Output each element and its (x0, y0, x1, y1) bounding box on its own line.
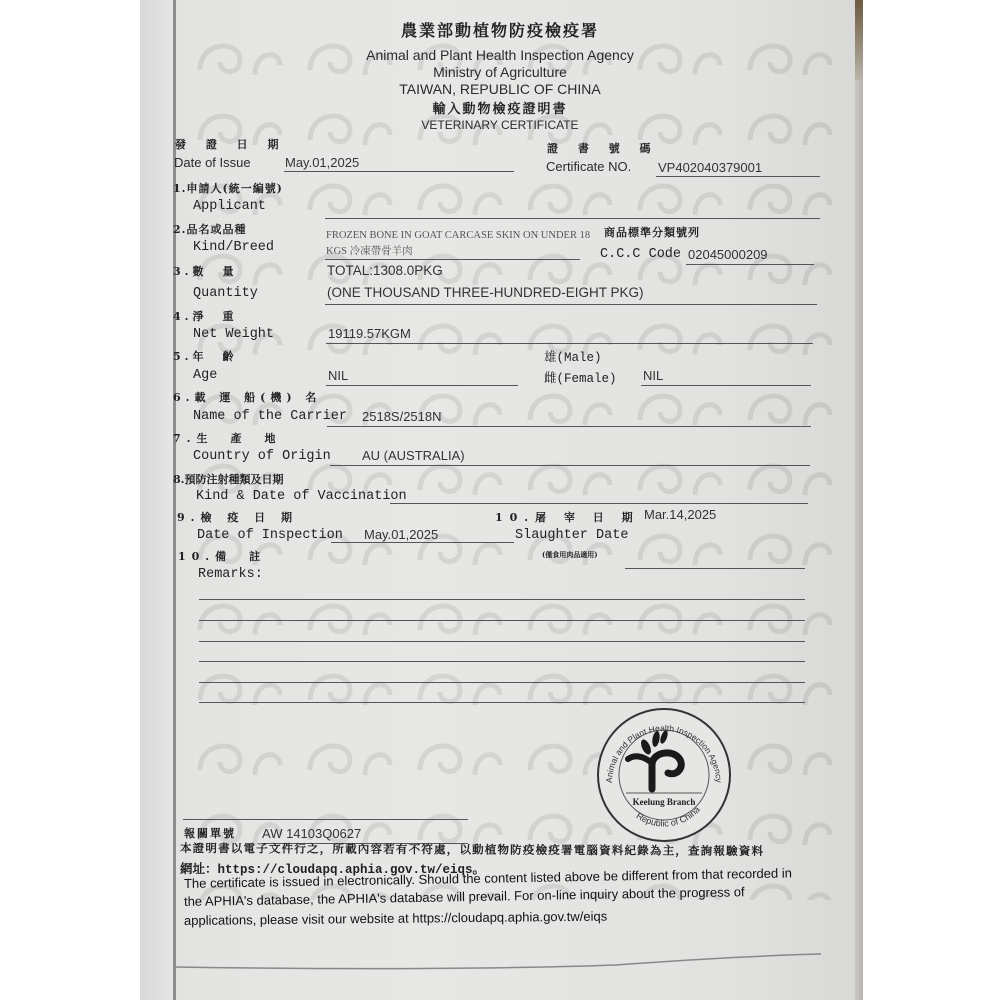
applicant-label-zh: 1.申請人(統一編號) (173, 180, 283, 196)
quantity-value-total: TOTAL:1308.0PKG (327, 263, 443, 278)
quantity-underline (325, 304, 817, 305)
age-value: NIL (328, 368, 348, 383)
sex-female-label: 雌(Female) (544, 368, 617, 386)
sex-value: NIL (643, 368, 663, 383)
remarks-line-1 (199, 599, 805, 600)
origin-value: AU (AUSTRALIA) (362, 448, 465, 463)
inspection-label-zh: 9.檢 疫 日 期 (177, 509, 298, 525)
origin-underline (330, 465, 810, 466)
declaration-top-line (183, 819, 468, 820)
carrier-label: Name of the Carrier (193, 409, 347, 424)
kind-label: Kind/Breed (193, 240, 274, 255)
cert-no-label-zh: 證 書 號 碼 (547, 140, 659, 156)
origin-label-zh: 7.生 產 地 (173, 430, 281, 446)
seal-branch-name: Keelung Branch (633, 797, 696, 807)
origin-label: Country of Origin (193, 449, 331, 464)
certificate-title-en: VETERINARY CERTIFICATE (340, 118, 660, 132)
applicant-underline (325, 218, 820, 219)
cert-no-value: VP402040379001 (658, 160, 762, 175)
applicant-label: Applicant (193, 199, 266, 214)
remarks-line-3 (199, 641, 805, 642)
declaration-value: AW 14103Q0627 (262, 826, 361, 841)
remarks-line-2 (199, 620, 805, 621)
slaughter-underline (625, 568, 805, 569)
net-weight-underline (326, 343, 813, 344)
carrier-value: 2518S/2518N (362, 409, 442, 424)
vaccination-underline (390, 503, 808, 504)
age-label-zh: 5.年 齡 (173, 348, 237, 364)
remarks-label: Remarks: (198, 567, 263, 582)
issue-date-label-zh: 發 證 日 期 (175, 136, 287, 152)
ccc-label-zh: 商品標準分類號列 (604, 224, 700, 240)
kind-label-zh: 2.品名或品種 (173, 221, 246, 237)
remarks-label-zh: 10.備 註 (178, 548, 266, 564)
age-label: Age (193, 368, 217, 383)
certificate-title-zh: 輸入動物檢疫證明書 (340, 98, 660, 117)
carrier-label-zh: 6.載 運 船(機) 名 (173, 389, 321, 405)
issue-date-value: May.01,2025 (285, 155, 359, 170)
agency-name-en: Animal and Plant Health Inspection Agenc… (340, 47, 660, 63)
kind-value-line1: FROZEN BONE IN GOAT CARCASE SKIN ON UNDE… (326, 230, 590, 241)
remarks-line-6 (199, 702, 805, 703)
paper-bottom-line (176, 945, 826, 975)
ccc-label: C.C.C Code (600, 247, 681, 262)
net-weight-value: 19119.57KGM (328, 326, 411, 341)
slaughter-note: (僅食用肉品適用) (542, 550, 598, 560)
slaughter-label-zh: 10.屠 宰 日 期 (495, 509, 640, 525)
kind-underline (325, 259, 580, 260)
agency-name-zh: 農業部動植物防疫檢疫署 (340, 18, 660, 41)
sex-underline (641, 385, 811, 386)
slaughter-value: Mar.14,2025 (644, 507, 716, 522)
net-weight-label: Net Weight (193, 327, 274, 342)
cert-no-label: Certificate NO. (546, 159, 631, 174)
kind-value-line2: KGS 冷凍帶骨羊肉 (326, 243, 413, 258)
paper-edge-shadow (855, 0, 863, 80)
agency-seal-stamp: Animal and Plant Health Inspection Agenc… (594, 705, 734, 845)
quantity-label: Quantity (193, 286, 258, 301)
quantity-label-zh: 3.數 量 (173, 263, 237, 279)
inspection-value: May.01,2025 (364, 527, 438, 542)
inspection-underline (331, 542, 514, 543)
declaration-label-zh: 報關單號 (184, 825, 236, 841)
age-underline (326, 385, 518, 386)
paper-edge (855, 0, 863, 1000)
vaccination-label: Kind & Date of Vaccination (196, 489, 407, 504)
cert-no-underline (656, 176, 820, 177)
inspection-label: Date of Inspection (197, 528, 343, 543)
remarks-line-5 (199, 682, 805, 683)
ccc-value: 02045000209 (688, 247, 768, 262)
ministry-name: Ministry of Agriculture (340, 64, 660, 80)
paper-fold (140, 0, 176, 1000)
country-name: TAIWAN, REPUBLIC OF CHINA (340, 81, 660, 97)
slaughter-label: Slaughter Date (515, 528, 628, 543)
sex-male-label: 雄(Male) (544, 347, 602, 365)
net-weight-label-zh: 4.淨 重 (173, 308, 237, 324)
quantity-value-words: (ONE THOUSAND THREE-HUNDRED-EIGHT PKG) (327, 285, 644, 300)
issue-date-underline (284, 171, 514, 172)
vaccination-label-zh: 8.預防注射種類及日期 (173, 471, 283, 487)
remarks-line-4 (199, 661, 805, 662)
carrier-underline (327, 426, 811, 427)
ccc-underline (686, 264, 814, 265)
issue-date-label: Date of Issue (174, 155, 251, 170)
footer-notice-zh-1: 本證明書以電子文件行之，所載內容若有不符處，以動植物防疫檢疫署電腦資料紀錄為主，… (180, 840, 764, 859)
